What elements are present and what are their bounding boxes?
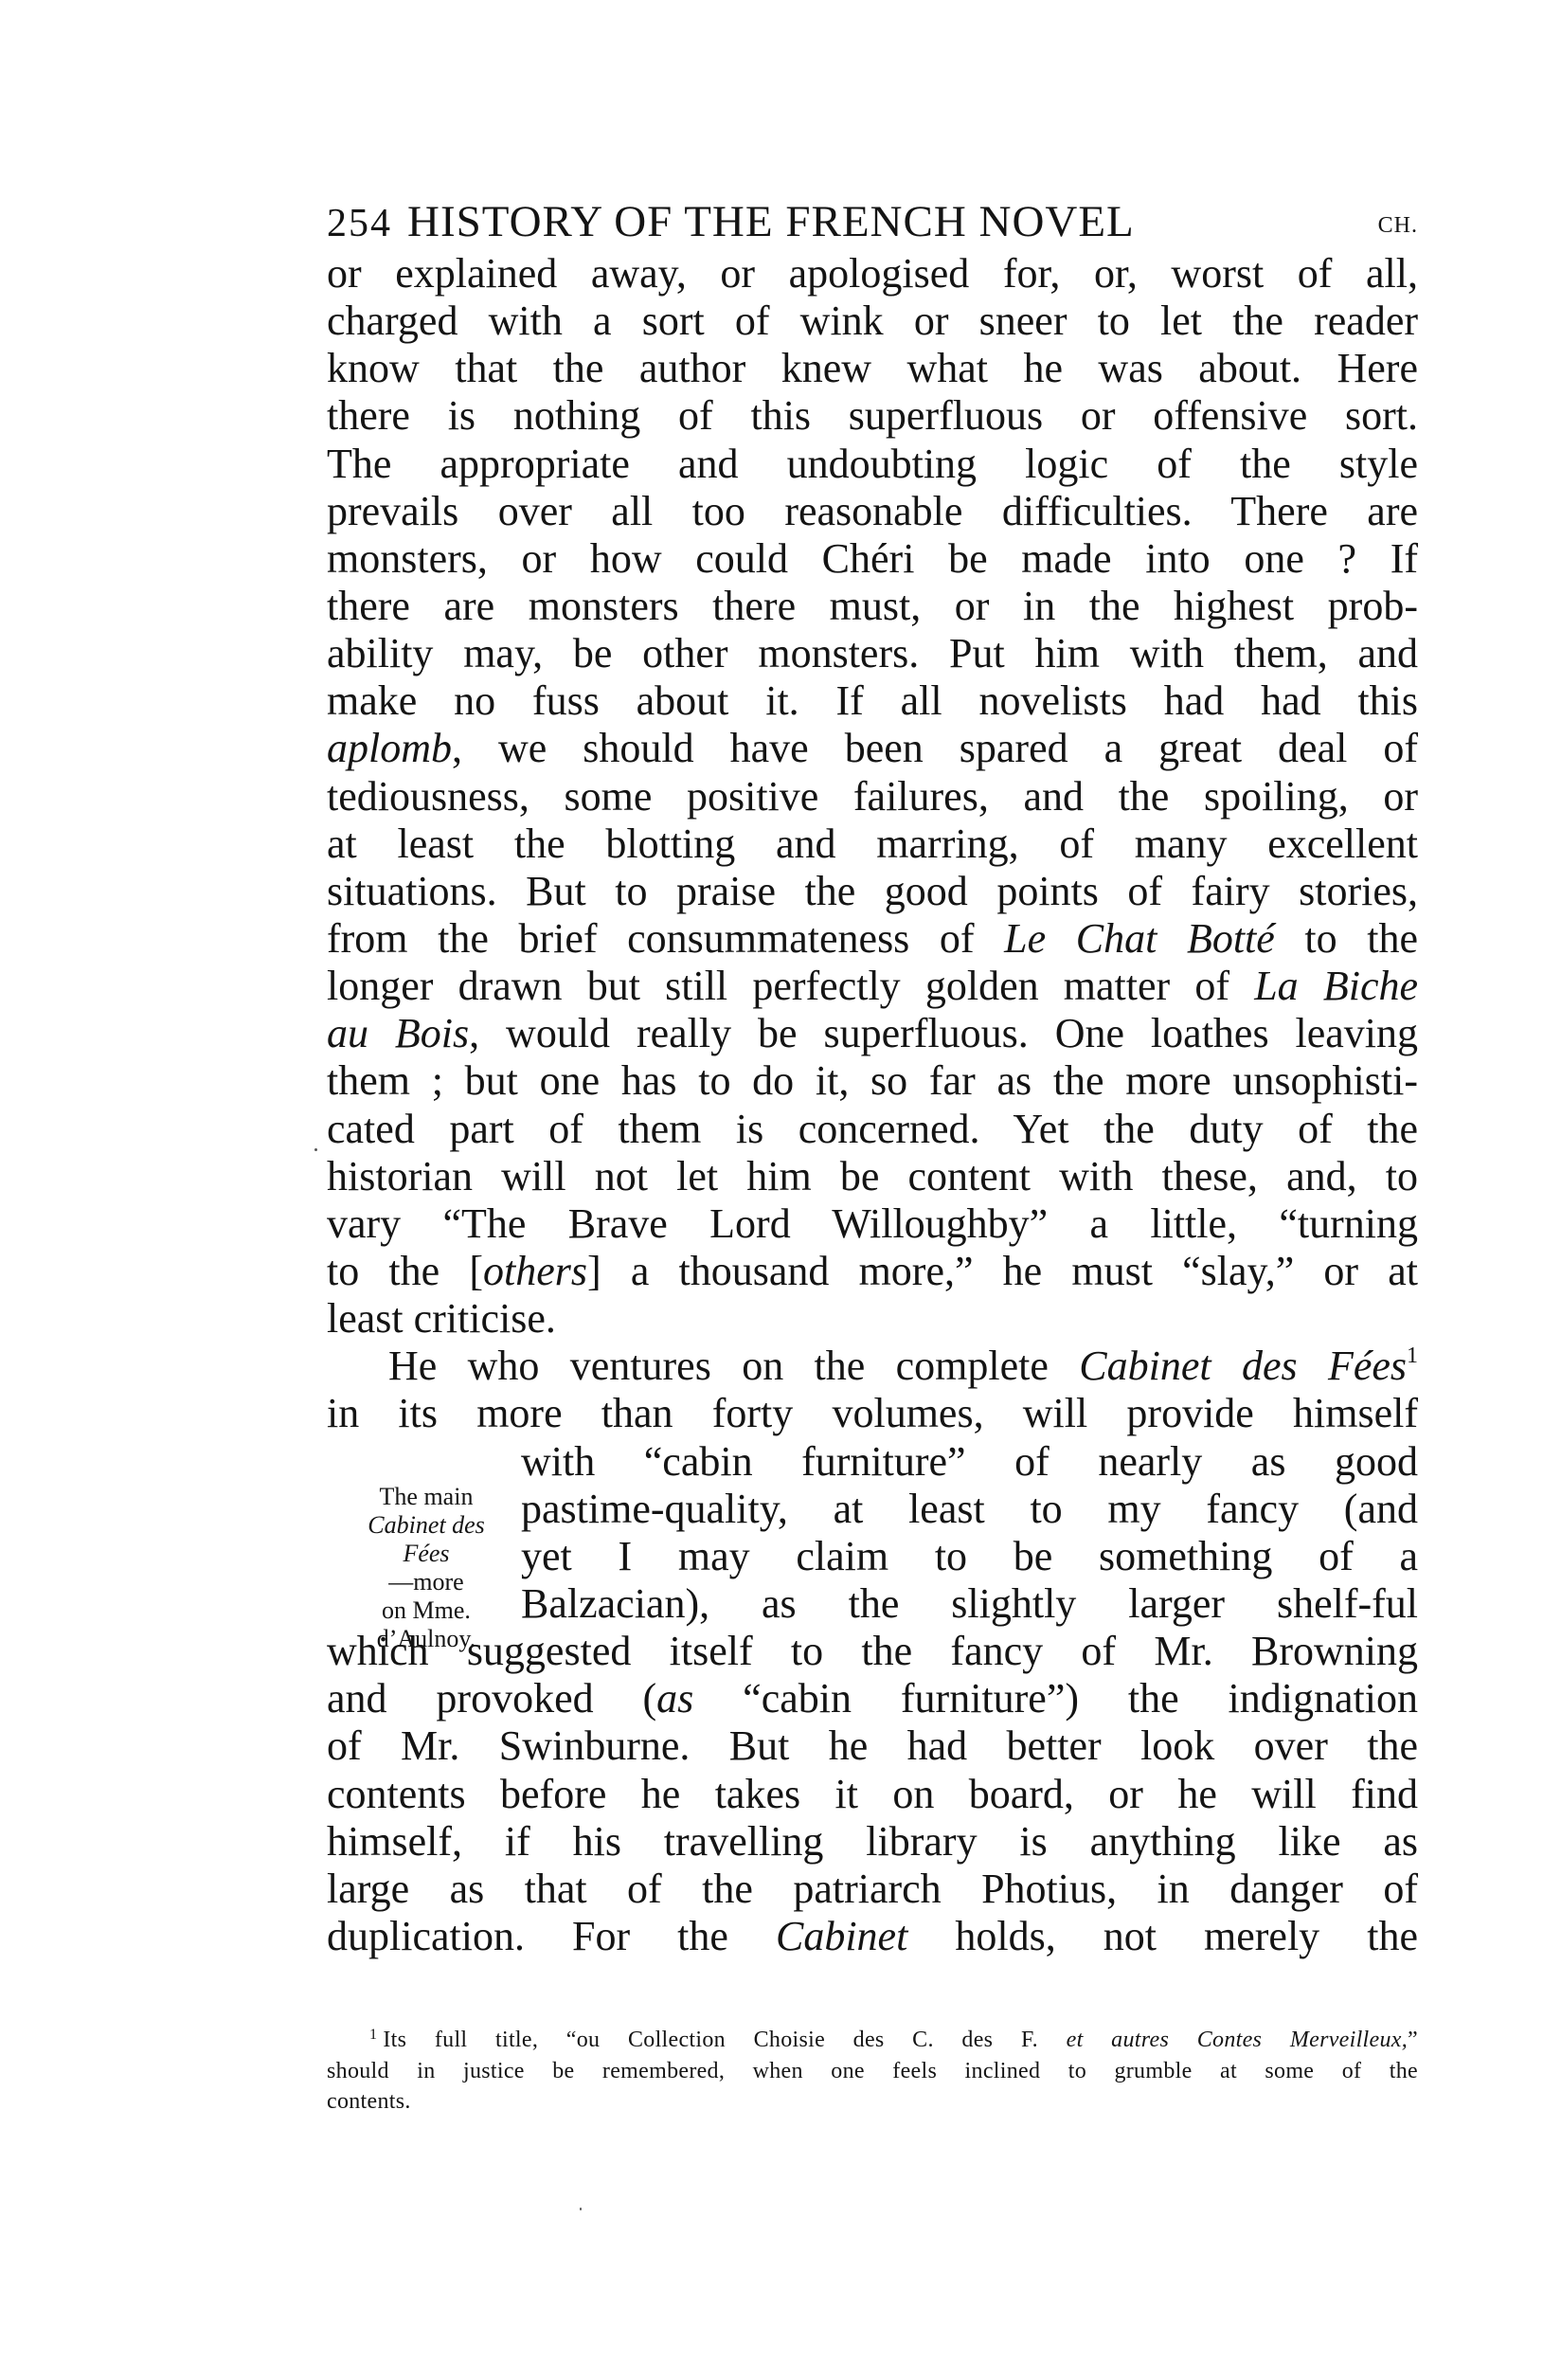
marginal-sidenote: The main Cabinet des Fées—more on Mme. d… <box>346 1483 507 1653</box>
text-line: large as that of the patriarch Photius, … <box>327 1866 1418 1913</box>
italic-term: others <box>483 1248 587 1294</box>
text-line: or explained away, or apologised for, or… <box>327 250 1418 297</box>
sidenote-line: The main <box>346 1483 507 1511</box>
running-head: 254HISTORY OF THE FRENCH NOVEL CH. <box>327 195 1418 248</box>
italic-title: Cabinet des Fées <box>1079 1343 1407 1389</box>
text-line: in its more than forty volumes, will pro… <box>327 1390 1418 1437</box>
text-line: aplomb, we should have been spared a gre… <box>327 725 1418 772</box>
scan-speck <box>580 2208 582 2210</box>
text-line: ability may, be other monsters. Put him … <box>327 630 1418 677</box>
sidenote-line: d’Aulnoy. <box>346 1625 507 1653</box>
italic-title: Cabinet <box>776 1913 907 1959</box>
text-line: himself, if his travelling library is an… <box>327 1818 1418 1866</box>
page-number: 254 <box>327 202 392 245</box>
text-line: there are monsters there must, or in the… <box>327 583 1418 630</box>
text-line: vary “The Brave Lord Willoughby” a littl… <box>327 1200 1418 1248</box>
chapter-mark: CH. <box>1378 199 1418 252</box>
text-line: and provoked (as “cabin furniture”) the … <box>327 1675 1418 1722</box>
italic-title: Le Chat Botté <box>1004 915 1275 962</box>
text-line: au Bois, would really be superfluous. On… <box>327 1010 1418 1057</box>
text-line: The appropriate and undoubting logic of … <box>327 441 1418 488</box>
text-line: situations. But to praise the good point… <box>327 868 1418 915</box>
text-line: from the brief consummateness of Le Chat… <box>327 915 1418 963</box>
text-line: to the [others] a thousand more,” he mus… <box>327 1248 1418 1295</box>
text-line: make no fuss about it. If all novelists … <box>327 677 1418 725</box>
text-line: prevails over all too reasonable difficu… <box>327 488 1418 535</box>
footnote-line: should in justice be remembered, when on… <box>327 2056 1418 2087</box>
text-line: there is nothing of this superfluous or … <box>327 392 1418 440</box>
sidenote-line: Fées—more <box>346 1540 507 1596</box>
footnote-reference[interactable]: 1 <box>1407 1343 1418 1368</box>
text-line: least criticise. <box>327 1295 1418 1343</box>
footnote-line: 1Its full title, “ou Collection Choisie … <box>327 2020 1418 2056</box>
text-line: at least the blotting and marring, of ma… <box>327 820 1418 868</box>
text-line: cated part of them is concerned. Yet the… <box>327 1106 1418 1153</box>
text-line: longer drawn but still perfectly golden … <box>327 963 1418 1010</box>
italic-title: La Biche <box>1254 963 1418 1009</box>
text-line: contents before he takes it on board, or… <box>327 1771 1418 1818</box>
book-title: HISTORY OF THE FRENCH NOVEL <box>407 197 1135 246</box>
text-line: know that the author knew what he was ab… <box>327 345 1418 392</box>
italic-title: au Bois <box>327 1010 469 1056</box>
text-line: He who ventures on the complete Cabinet … <box>327 1343 1418 1390</box>
text-line: Balzacian), as the slightly larger shelf… <box>521 1580 1418 1628</box>
sidenote-line: Cabinet des <box>346 1511 507 1540</box>
text-line: them ; but one has to do it, so far as t… <box>327 1057 1418 1105</box>
text-line: yet I may claim to be something of a <box>521 1533 1418 1580</box>
text-line: duplication. For the Cabinet holds, not … <box>327 1913 1418 1960</box>
footnote-line: contents. <box>327 2086 1418 2118</box>
text-line: of Mr. Swinburne. But he had better look… <box>327 1722 1418 1770</box>
body-text: or explained away, or apologised for, or… <box>327 250 1418 1960</box>
text-line: tediousness, some positive failures, and… <box>327 773 1418 820</box>
text-line: charged with a sort of wink or sneer to … <box>327 297 1418 345</box>
text-line: pastime-quality, at least to my fancy (a… <box>521 1486 1418 1533</box>
text-line: monsters, or how could Chéri be made int… <box>327 535 1418 583</box>
sidenote-line: on Mme. <box>346 1596 507 1625</box>
footnote: 1Its full title, “ou Collection Choisie … <box>327 2020 1418 2118</box>
italic-term: aplomb <box>327 725 452 771</box>
italic-term: as <box>656 1675 693 1722</box>
footnote-number: 1 <box>369 2027 377 2043</box>
text-line: historian will not let him be content wi… <box>327 1153 1418 1200</box>
scan-speck <box>314 1148 317 1151</box>
text-line: with “cabin furniture” of nearly as good <box>521 1438 1418 1486</box>
